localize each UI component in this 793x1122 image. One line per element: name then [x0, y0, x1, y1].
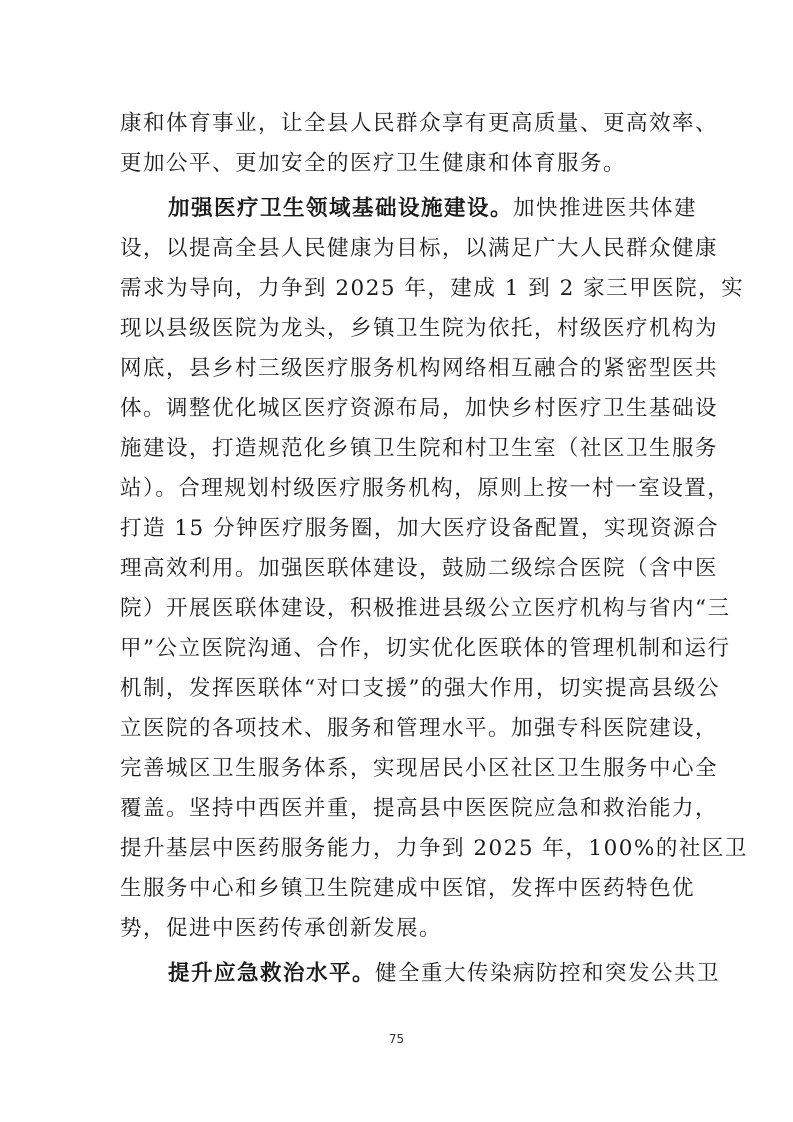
paragraph-continuation: 康和体育事业，让全县人民群众享有更高质量、更高效率、 更加公平、更加安全的医疗卫…	[120, 104, 673, 184]
text-line: 体。调整优化城区医疗资源布局，加快乡村医疗卫生基础设	[120, 389, 673, 429]
document-page: 康和体育事业，让全县人民群众享有更高质量、更高效率、 更加公平、更加安全的医疗卫…	[120, 104, 673, 994]
text-line: 覆盖。坚持中西医并重，提高县中医医院应急和救治能力，	[120, 789, 673, 829]
section-heading: 加强医疗卫生领域基础设施建设。	[168, 196, 513, 221]
text-line: 网底，县乡村三级医疗服务机构网络相互融合的紧密型医共	[120, 349, 673, 389]
paragraph-infrastructure: 加强医疗卫生领域基础设施建设。加快推进医共体建 设，以提高全县人民健康为目标，以…	[120, 189, 673, 949]
heading-continuation: 健全重大传染病防控和突发公共卫	[375, 961, 720, 986]
text-line: 理高效利用。加强医联体建设，鼓励二级综合医院（含中医	[120, 549, 673, 589]
page-number: 75	[0, 1032, 793, 1046]
text-line: 甲”公立医院沟通、合作，切实优化医联体的管理机制和运行	[120, 629, 673, 669]
heading-continuation: 加快推进医共体建	[513, 196, 697, 221]
text-line: 需求为导向，力争到 2025 年，建成 1 到 2 家三甲医院，实	[120, 269, 673, 309]
paragraph-emergency: 提升应急救治水平。健全重大传染病防控和突发公共卫	[120, 954, 673, 994]
text-line: 打造 15 分钟医疗服务圈，加大医疗设备配置，实现资源合	[120, 509, 673, 549]
section-heading: 提升应急救治水平。	[168, 961, 375, 986]
text-line: 院）开展医联体建设，积极推进县级公立医疗机构与省内“三	[120, 589, 673, 629]
text-line: 加强医疗卫生领域基础设施建设。加快推进医共体建	[120, 189, 673, 229]
text-line: 立医院的各项技术、服务和管理水平。加强专科医院建设，	[120, 709, 673, 749]
text-line: 提升应急救治水平。健全重大传染病防控和突发公共卫	[120, 954, 673, 994]
text-line: 设，以提高全县人民健康为目标，以满足广大人民群众健康	[120, 229, 673, 269]
text-line: 生服务中心和乡镇卫生院建成中医馆，发挥中医药特色优	[120, 869, 673, 909]
text-line: 提升基层中医药服务能力，力争到 2025 年，100%的社区卫	[120, 829, 673, 869]
text-line: 康和体育事业，让全县人民群众享有更高质量、更高效率、	[120, 104, 673, 144]
text-line: 更加公平、更加安全的医疗卫生健康和体育服务。	[120, 144, 673, 184]
text-line: 站）。合理规划村级医疗服务机构，原则上按一村一室设置，	[120, 469, 673, 509]
text-line: 势，促进中医药传承创新发展。	[120, 909, 673, 949]
text-line: 机制，发挥医联体“对口支援”的强大作用，切实提高县级公	[120, 669, 673, 709]
text-line: 施建设，打造规范化乡镇卫生院和村卫生室（社区卫生服务	[120, 429, 673, 469]
text-line: 现以县级医院为龙头，乡镇卫生院为依托，村级医疗机构为	[120, 309, 673, 349]
text-line: 完善城区卫生服务体系，实现居民小区社区卫生服务中心全	[120, 749, 673, 789]
